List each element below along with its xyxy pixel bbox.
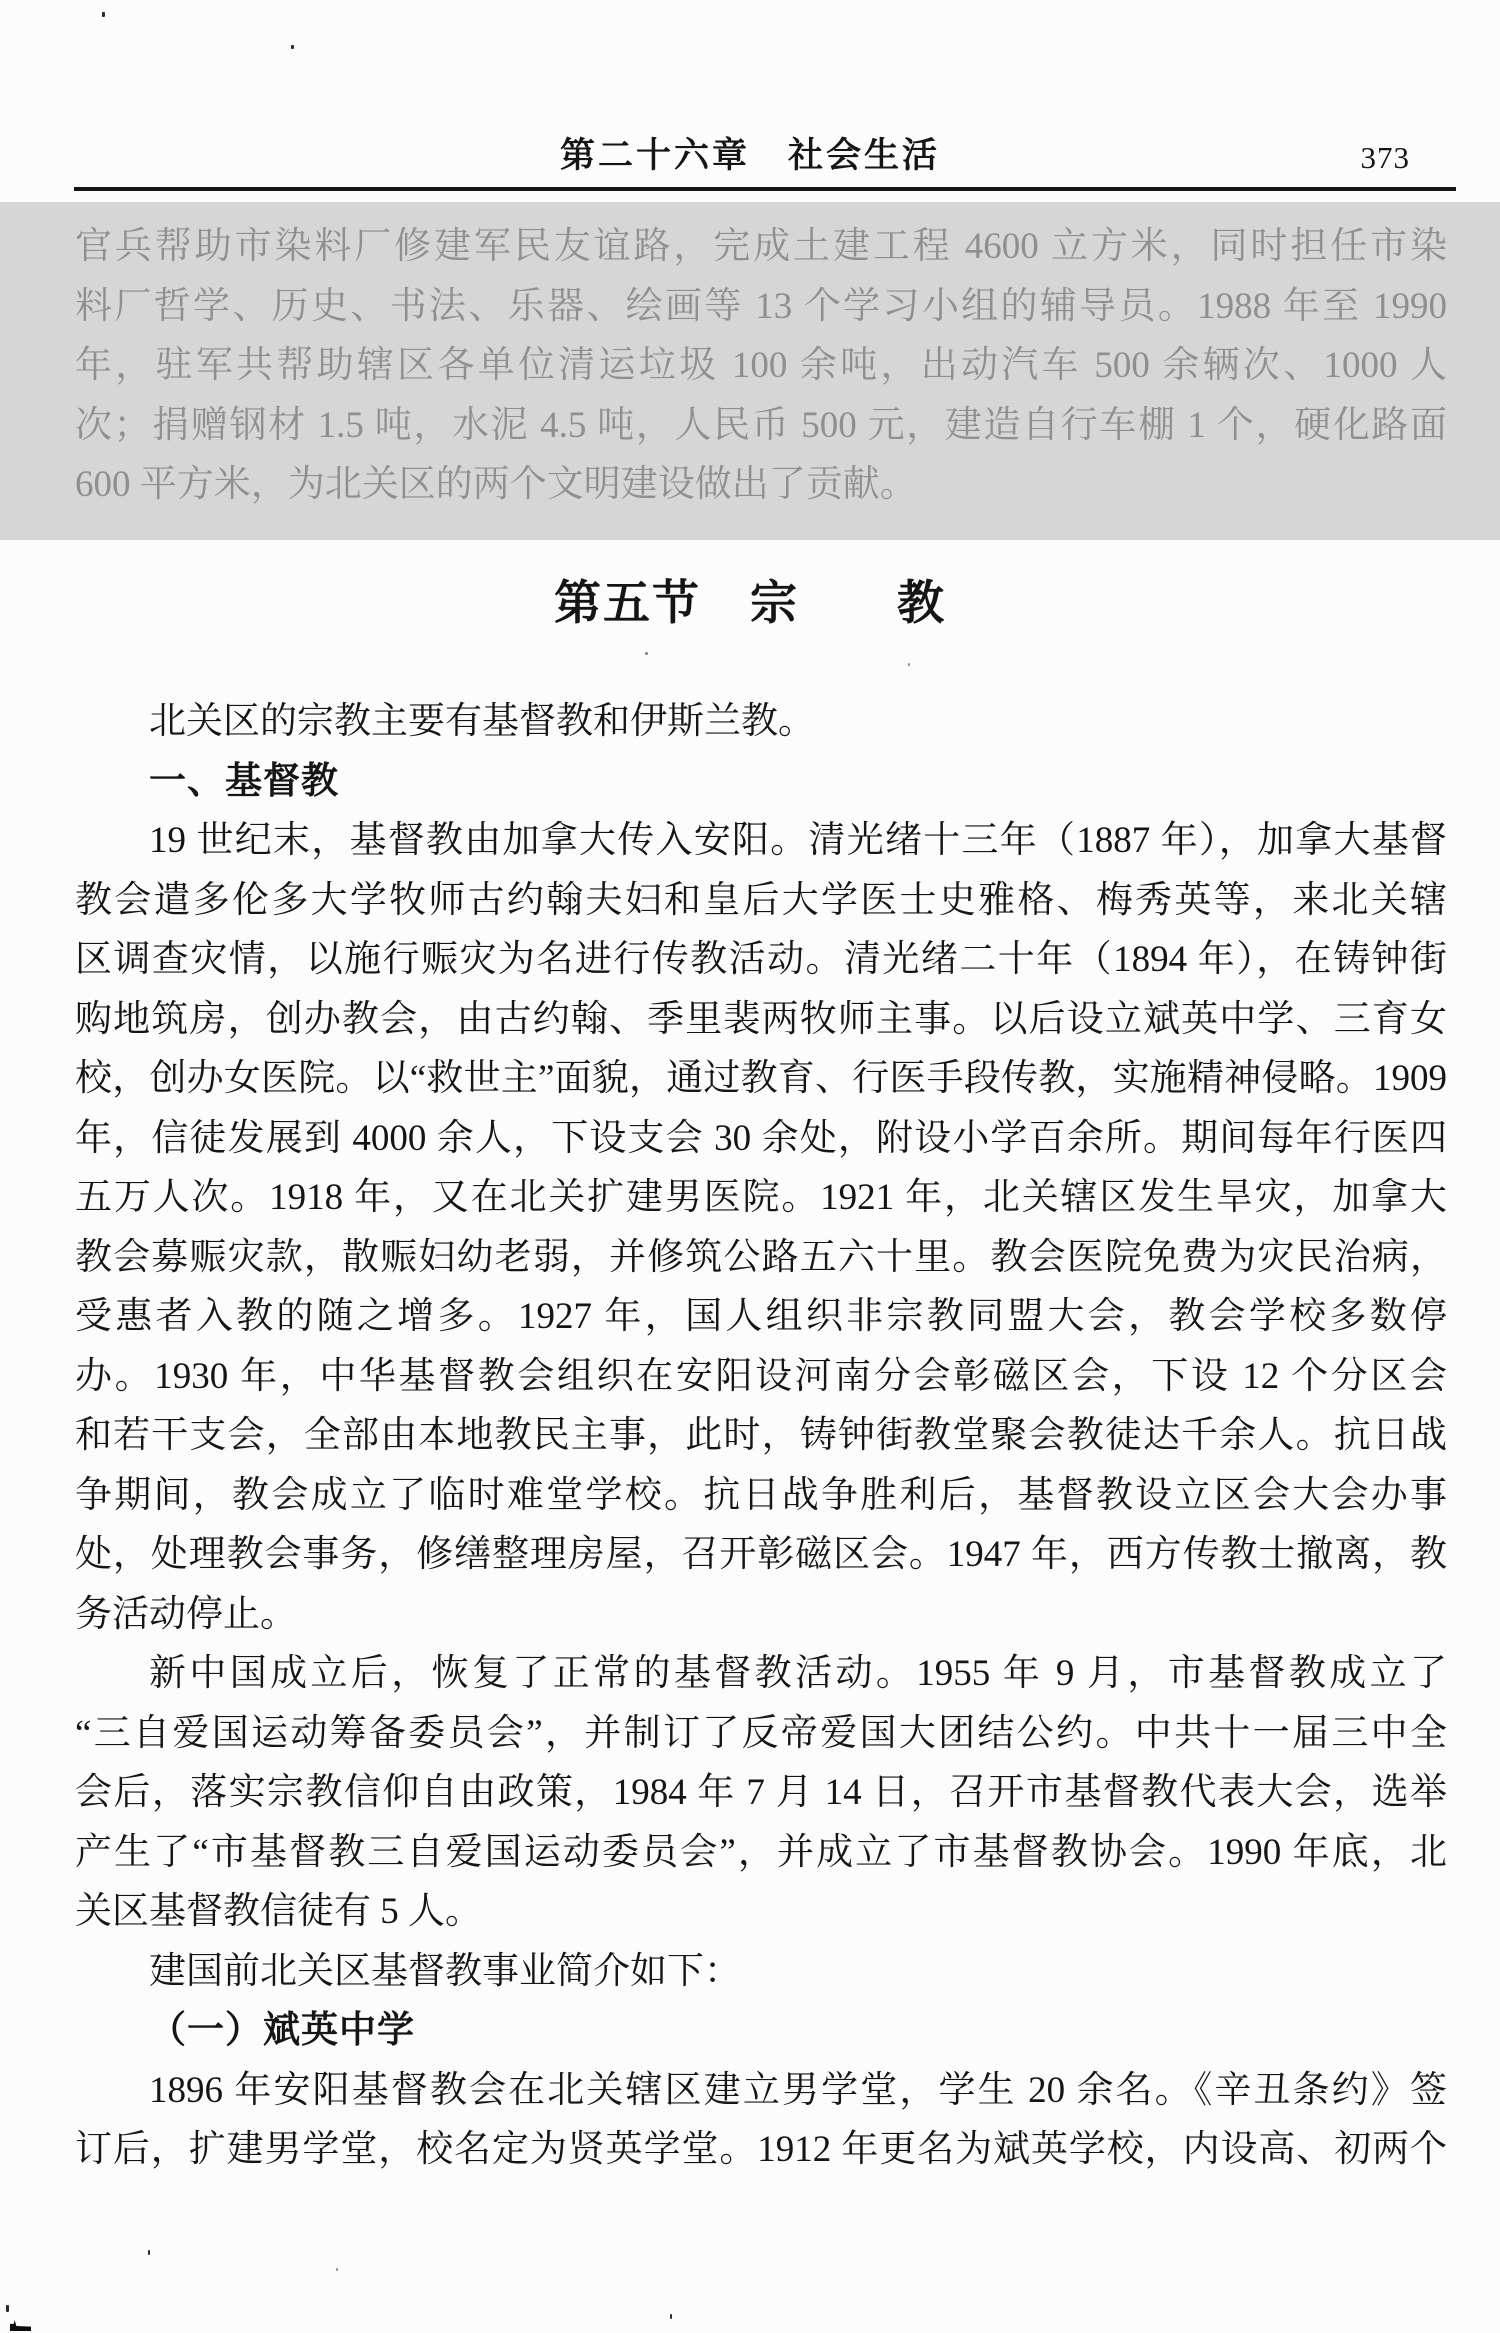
text-line: 办。1930 年，中华基督教会组织在安阳设河南分会彰磁区会，下设 12 个分区会 [75, 1347, 1447, 1407]
text-line: 五万人次。1918 年，又在北关扩建男医院。1921 年，北关辖区发生旱灾，加拿… [75, 1168, 1447, 1228]
text-line: 订后，扩建男学堂，校名定为贤英学堂。1912 年更名为斌英学校，内设高、初两个 [75, 2120, 1447, 2180]
text-line: 校，创办女医院。以“救世主”面貌，通过教育、行医手段传教，实施精神侵略。1909 [75, 1049, 1447, 1109]
text-line: 年，驻军共帮助辖区各单位清运垃圾 100 余吨，出动汽车 500 余辆次、100… [75, 336, 1447, 396]
body-text: 北关区的宗教主要有基督教和伊斯兰教。一、基督教19 世纪末，基督教由加拿大传入安… [75, 692, 1447, 2180]
text-line: 区调查灾情，以施行赈灾为名进行传教活动。清光绪二十年（1894 年），在铸钟街 [75, 930, 1447, 990]
text-line: 购地筑房，创办教会，由古约翰、季里裴两牧师主事。以后设立斌英中学、三育女 [75, 990, 1447, 1050]
highlighted-paragraph: 官兵帮助市染料厂修建军民友谊路，完成土建工程 4600 立方米，同时担任市染料厂… [0, 202, 1500, 540]
text-line: 北关区的宗教主要有基督教和伊斯兰教。 [75, 692, 1447, 752]
text-line: 务活动停止。 [75, 1585, 1447, 1645]
text-line: 料厂哲学、历史、书法、乐器、绘画等 13 个学习小组的辅导员。1988 年至 1… [75, 277, 1447, 337]
text-line: 1896 年安阳基督教会在北关辖区建立男学堂，学生 20 余名。《辛丑条约》签 [75, 2061, 1447, 2121]
page-number: 373 [1361, 140, 1411, 176]
scan-speck [148, 2250, 150, 2255]
scan-speck [336, 2268, 338, 2271]
scan-speck [6, 2305, 9, 2312]
text-line: （一）斌英中学 [75, 2001, 1447, 2061]
text-line: 次；捐赠钢材 1.5 吨，水泥 4.5 吨，人民币 500 元，建造自行车棚 1… [75, 396, 1447, 456]
text-line: 19 世纪末，基督教由加拿大传入安阳。清光绪十三年（1887 年），加拿大基督 [75, 811, 1447, 871]
scan-speck [908, 663, 910, 666]
text-line: 处，处理教会事务，修缮整理房屋，召开彰磁区会。1947 年，西方传教士撤离，教 [75, 1525, 1447, 1585]
text-line: 会后，落实宗教信仰自由政策，1984 年 7 月 14 日，召开市基督教代表大会… [75, 1763, 1447, 1823]
text-line: “三自爱国运动筹备委员会”，并制订了反帝爱国大团结公约。中共十一届三中全 [75, 1704, 1447, 1764]
text-line: 教会募赈灾款，散赈妇幼老弱，并修筑公路五六十里。教会医院免费为灾民治病， [75, 1228, 1447, 1288]
text-line: 受惠者入教的随之增多。1927 年，国人组织非宗教同盟大会，教会学校多数停 [75, 1287, 1447, 1347]
scan-edge-mark [10, 2320, 31, 2331]
text-line: 建国前北关区基督教事业简介如下： [75, 1942, 1447, 2002]
scan-speck [291, 45, 294, 49]
scan-speck [102, 12, 105, 17]
text-line: 官兵帮助市染料厂修建军民友谊路，完成土建工程 4600 立方米，同时担任市染 [75, 217, 1447, 277]
text-line: 年，信徒发展到 4000 余人，下设支会 30 余处，附设小学百余所。期间每年行… [75, 1109, 1447, 1169]
scanned-book-page: 第二十六章 社会生活 373 官兵帮助市染料厂修建军民友谊路，完成土建工程 46… [0, 0, 1500, 2333]
text-line: 和若干支会，全部由本地教民主事，此时，铸钟街教堂聚会教徒达千余人。抗日战 [75, 1406, 1447, 1466]
text-line: 产生了“市基督教三自爱国运动委员会”，并成立了市基督教协会。1990 年底，北 [75, 1823, 1447, 1883]
text-line: 600 平方米，为北关区的两个文明建设做出了贡献。 [75, 455, 1447, 515]
text-line: 争期间，教会成立了临时难堂学校。抗日战争胜利后，基督教设立区会大会办事 [75, 1466, 1447, 1526]
section-heading: 第五节 宗 教 [0, 576, 1500, 632]
scan-speck [645, 652, 648, 655]
scan-speck [670, 2314, 672, 2319]
text-line: 新中国成立后，恢复了正常的基督教活动。1955 年 9 月，市基督教成立了 [75, 1644, 1447, 1704]
header-rule [74, 187, 1456, 191]
chapter-title: 第二十六章 社会生活 [0, 134, 1500, 178]
text-line: 一、基督教 [75, 752, 1447, 812]
text-line: 关区基督教信徒有 5 人。 [75, 1882, 1447, 1942]
text-line: 教会遣多伦多大学牧师古约翰夫妇和皇后大学医士史雅格、梅秀英等，来北关辖 [75, 871, 1447, 931]
